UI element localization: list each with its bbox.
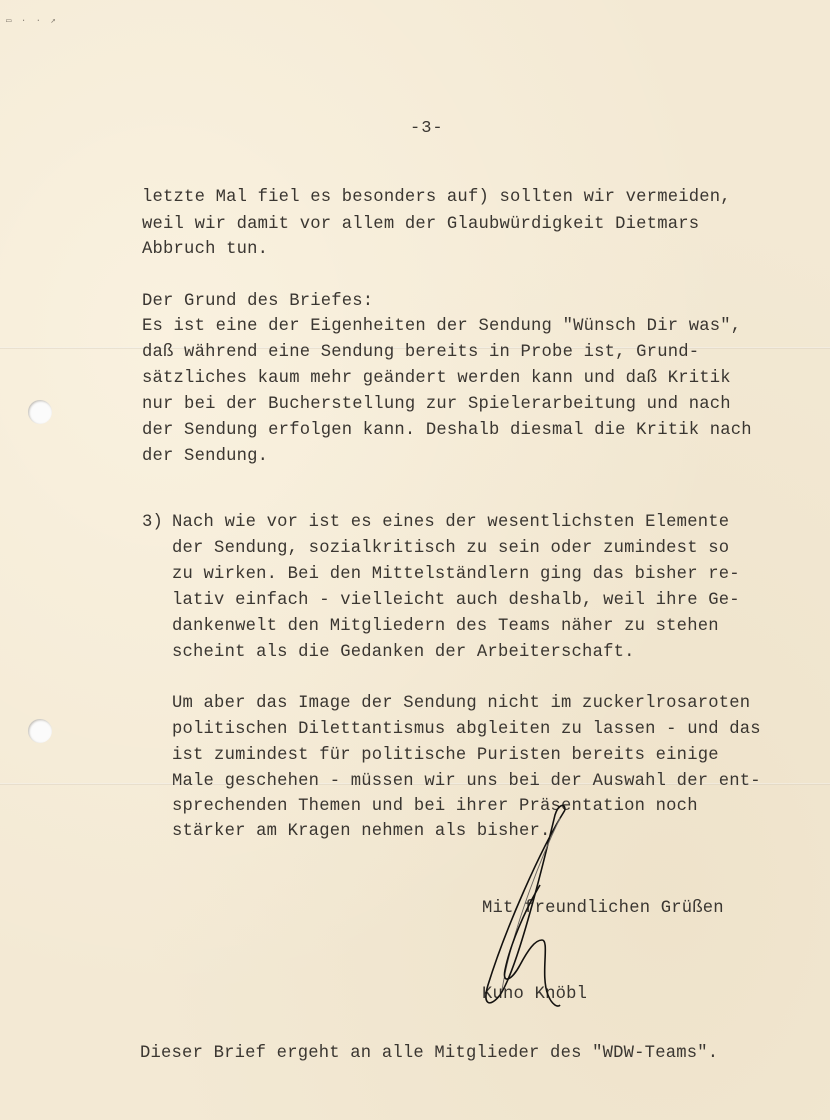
paragraph-2-line: daß während eine Sendung bereits in Prob… <box>142 343 699 363</box>
point-3-line: scheint als die Gedanken der Arbeitersch… <box>172 643 635 663</box>
signatory-name: Kuno Knöbl <box>482 985 587 1005</box>
list-number: 3) <box>142 513 163 533</box>
paragraph-2-line: der Sendung erfolgen kann. Deshalb diesm… <box>142 421 752 441</box>
punch-hole <box>28 719 52 743</box>
section-heading: Der Grund des Briefes: <box>142 292 373 312</box>
paragraph-1-line: weil wir damit vor allem der Glaubwürdig… <box>142 215 699 235</box>
paragraph-2-line: sätzliches kaum mehr geändert werden kan… <box>142 369 731 389</box>
page-number: -3- <box>410 119 444 138</box>
paragraph-1-line: letzte Mal fiel es besonders auf) sollte… <box>142 188 731 208</box>
paragraph-4-line: sprechenden Themen und bei ihrer Präsent… <box>172 797 698 817</box>
paragraph-2-line: Es ist eine der Eigenheiten der Sendung … <box>142 317 741 337</box>
paragraph-4-line: Um aber das Image der Sendung nicht im z… <box>172 694 750 714</box>
paragraph-4-line: politischen Dilettantismus abgleiten zu … <box>172 720 761 740</box>
point-3-line: dankenwelt den Mitgliedern des Teams näh… <box>172 617 719 637</box>
salutation: Mit freundlichen Grüßen <box>482 899 724 919</box>
paragraph-2-line: nur bei der Bucherstellung zur Spielerar… <box>142 395 731 415</box>
paragraph-4-line: ist zumindest für politische Puristen be… <box>172 746 719 766</box>
point-3-line: Nach wie vor ist es eines der wesentlich… <box>172 513 729 533</box>
point-3-line: zu wirken. Bei den Mittelständlern ging … <box>172 565 740 585</box>
paragraph-2-line: der Sendung. <box>142 447 268 467</box>
point-3-line: lativ einfach - vielleicht auch deshalb,… <box>172 591 740 611</box>
corner-mark: ▭ · · ↗ <box>6 16 58 26</box>
point-3-line: der Sendung, sozialkritisch zu sein oder… <box>172 539 729 559</box>
footer-note: Dieser Brief ergeht an alle Mitglieder d… <box>140 1044 718 1064</box>
punch-hole <box>28 400 52 424</box>
paragraph-4-line: Male geschehen - müssen wir uns bei der … <box>172 772 761 792</box>
paragraph-1-line: Abbruch tun. <box>142 240 268 260</box>
paragraph-4-line: stärker am Kragen nehmen als bisher. <box>172 822 551 842</box>
letter-page: ▭ · · ↗ -3- letzte Mal fiel es besonders… <box>0 0 830 1120</box>
